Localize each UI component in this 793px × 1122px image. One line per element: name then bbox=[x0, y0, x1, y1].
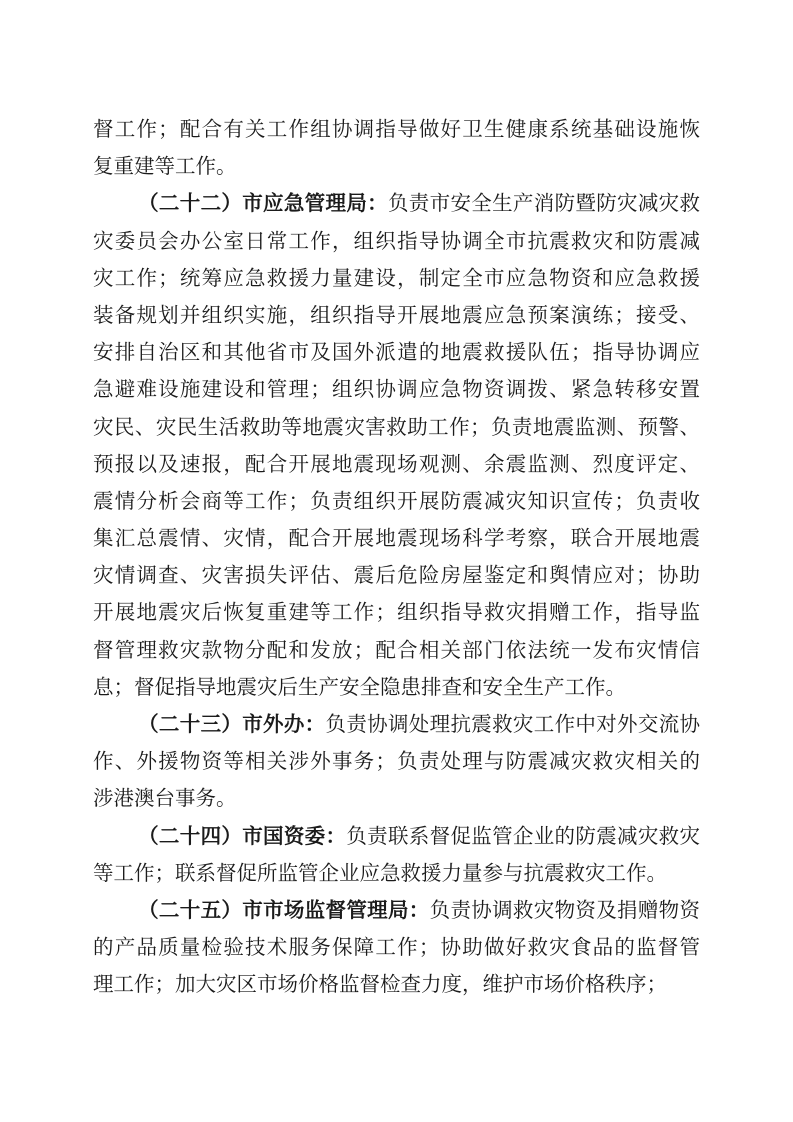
text-line: 复重建等工作。 bbox=[93, 149, 700, 186]
text-line: 震情分析会商等工作；负责组织开展防震减灾知识宣传；负责收 bbox=[93, 484, 700, 521]
text-line: 急避难设施建设和管理；组织协调应急物资调拨、紧急转移安置 bbox=[93, 372, 700, 409]
para-25-market-supervision-bureau: （二十五）市市场监督管理局：负责协调救灾物资及捐赠物资的产品质量检验技术服务保障… bbox=[93, 893, 700, 1005]
line-text: 督工作；配合有关工作组协调指导做好卫生健康系统基础设施恢 bbox=[93, 119, 700, 141]
para-24-sasac: （二十四）市国资委：负责联系督促监管企业的防震减灾救灾等工作；联系督促所监管企业… bbox=[93, 819, 700, 893]
text-line: 灾委员会办公室日常工作，组织指导协调全市抗震救灾和防震减 bbox=[93, 224, 700, 261]
paragraph-heading: （二十三）市外办： bbox=[138, 714, 325, 736]
para-23-foreign-affairs-office: （二十三）市外办：负责协调处理抗震救灾工作中对外交流协作、外援物资等相关涉外事务… bbox=[93, 707, 700, 819]
line-text: 作、外援物资等相关涉外事务；负责处理与防震减灾救灾相关的 bbox=[93, 751, 700, 773]
text-line: 息；督促指导地震灾后生产安全隐患排查和安全生产工作。 bbox=[93, 670, 700, 707]
text-line: （二十四）市国资委：负责联系督促监管企业的防震减灾救灾 bbox=[93, 819, 700, 856]
line-text: 急避难设施建设和管理；组织协调应急物资调拨、紧急转移安置 bbox=[93, 379, 700, 401]
line-text: 灾情调查、灾害损失评估、震后危险房屋鉴定和舆情应对；协助 bbox=[93, 565, 700, 587]
line-text: 灾民、灾民生活救助等地震灾害救助工作；负责地震监测、预警、 bbox=[93, 417, 700, 439]
paragraph-heading: （二十二）市应急管理局： bbox=[138, 193, 388, 215]
text-line: 灾情调查、灾害损失评估、震后危险房屋鉴定和舆情应对；协助 bbox=[93, 558, 700, 595]
line-text: 复重建等工作。 bbox=[93, 156, 237, 178]
para-22-emergency-management-bureau: （二十二）市应急管理局：负责市安全生产消防暨防灾减灾救灾委员会办公室日常工作，组… bbox=[93, 186, 700, 707]
text-line: 灾民、灾民生活救助等地震灾害救助工作；负责地震监测、预警、 bbox=[93, 410, 700, 447]
document-body: 督工作；配合有关工作组协调指导做好卫生健康系统基础设施恢复重建等工作。（二十二）… bbox=[93, 112, 700, 1005]
paragraph-heading: （二十五）市市场监督管理局： bbox=[138, 900, 430, 922]
text-line: 督工作；配合有关工作组协调指导做好卫生健康系统基础设施恢 bbox=[93, 112, 700, 149]
line-text: 的产品质量检验技术服务保障工作；协助做好救灾食品的监督管 bbox=[93, 937, 700, 959]
text-line: 灾工作；统筹应急救援力量建设，制定全市应急物资和应急救援 bbox=[93, 261, 700, 298]
text-line: 等工作；联系督促所监管企业应急救援力量参与抗震救灾工作。 bbox=[93, 856, 700, 893]
line-text: 等工作；联系督促所监管企业应急救援力量参与抗震救灾工作。 bbox=[93, 863, 667, 885]
line-text: 负责协调救灾物资及捐赠物资 bbox=[430, 900, 700, 922]
paragraph-heading: （二十四）市国资委： bbox=[138, 826, 346, 848]
text-line: 集汇总震情、灾情，配合开展地震现场科学考察，联合开展地震 bbox=[93, 521, 700, 558]
text-line: 作、外援物资等相关涉外事务；负责处理与防震减灾救灾相关的 bbox=[93, 744, 700, 781]
line-text: 理工作；加大灾区市场价格监督检查力度，维护市场价格秩序； bbox=[93, 974, 667, 996]
text-line: 的产品质量检验技术服务保障工作；协助做好救灾食品的监督管 bbox=[93, 930, 700, 967]
text-line: 涉港澳台事务。 bbox=[93, 781, 700, 818]
text-line: 督管理救灾款物分配和发放；配合相关部门依法统一发布灾情信 bbox=[93, 633, 700, 670]
line-text: 预报以及速报，配合开展地震现场观测、余震监测、烈度评定、 bbox=[93, 454, 700, 476]
text-line: （二十二）市应急管理局：负责市安全生产消防暨防灾减灾救 bbox=[93, 186, 700, 223]
document-page: 督工作；配合有关工作组协调指导做好卫生健康系统基础设施恢复重建等工作。（二十二）… bbox=[0, 0, 793, 1122]
line-text: 灾工作；统筹应急救援力量建设，制定全市应急物资和应急救援 bbox=[93, 268, 700, 290]
line-text: 涉港澳台事务。 bbox=[93, 788, 237, 810]
line-text: 负责市安全生产消防暨防灾减灾救 bbox=[388, 193, 700, 215]
text-line: 预报以及速报，配合开展地震现场观测、余震监测、烈度评定、 bbox=[93, 447, 700, 484]
line-text: 开展地震灾后恢复重建等工作；组织指导救灾捐赠工作，指导监 bbox=[93, 602, 700, 624]
text-line: （二十三）市外办：负责协调处理抗震救灾工作中对外交流协 bbox=[93, 707, 700, 744]
line-text: 装备规划并组织实施，组织指导开展地震应急预案演练；接受、 bbox=[93, 305, 700, 327]
line-text: 负责协调处理抗震救灾工作中对外交流协 bbox=[326, 714, 700, 736]
line-text: 息；督促指导地震灾后生产安全隐患排查和安全生产工作。 bbox=[93, 677, 626, 699]
line-text: 集汇总震情、灾情，配合开展地震现场科学考察，联合开展地震 bbox=[93, 528, 700, 550]
text-line: 安排自治区和其他省市及国外派遣的地震救援队伍；指导协调应 bbox=[93, 335, 700, 372]
text-line: 开展地震灾后恢复重建等工作；组织指导救灾捐赠工作，指导监 bbox=[93, 595, 700, 632]
text-line: 理工作；加大灾区市场价格监督检查力度，维护市场价格秩序； bbox=[93, 967, 700, 1004]
para-continuation: 督工作；配合有关工作组协调指导做好卫生健康系统基础设施恢复重建等工作。 bbox=[93, 112, 700, 186]
line-text: 灾委员会办公室日常工作，组织指导协调全市抗震救灾和防震减 bbox=[93, 231, 700, 253]
line-text: 震情分析会商等工作；负责组织开展防震减灾知识宣传；负责收 bbox=[93, 491, 700, 513]
text-line: 装备规划并组织实施，组织指导开展地震应急预案演练；接受、 bbox=[93, 298, 700, 335]
line-text: 安排自治区和其他省市及国外派遣的地震救援队伍；指导协调应 bbox=[93, 342, 700, 364]
line-text: 负责联系督促监管企业的防震减灾救灾 bbox=[346, 826, 700, 848]
line-text: 督管理救灾款物分配和发放；配合相关部门依法统一发布灾情信 bbox=[93, 640, 700, 662]
text-line: （二十五）市市场监督管理局：负责协调救灾物资及捐赠物资 bbox=[93, 893, 700, 930]
